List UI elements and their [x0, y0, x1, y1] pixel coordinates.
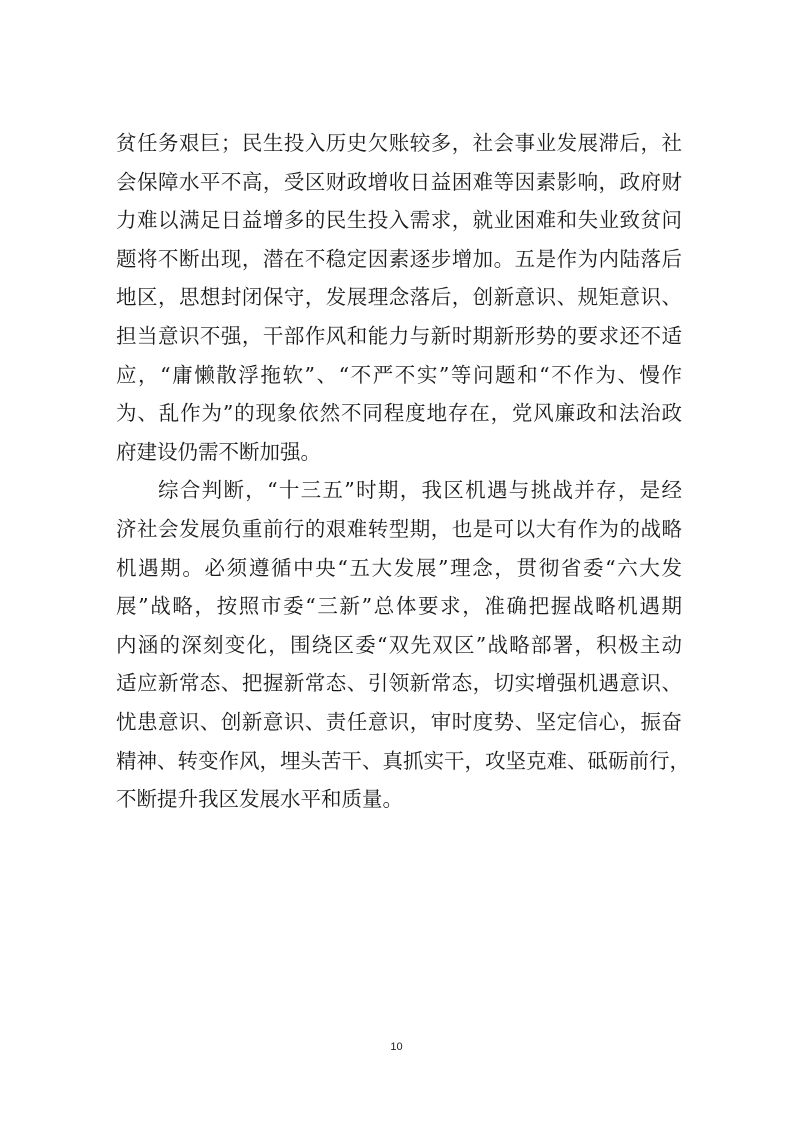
paragraph-1: 贫任务艰巨；民生投入历史欠账较多，社会事业发展滞后，社 会保障水平不高，受区财政… [116, 124, 682, 471]
text-line: 会保障水平不高，受区财政增收日益困难等因素影响，政府财 [116, 163, 682, 202]
body-text: 贫任务艰巨；民生投入历史欠账较多，社会事业发展滞后，社 会保障水平不高，受区财政… [116, 124, 682, 819]
page-number: 10 [0, 1041, 793, 1053]
text-line: 府建设仍需不断加强。 [116, 433, 682, 472]
text-line: 适应新常态、把握新常态、引领新常态，切实增强机遇意识、 [116, 664, 682, 703]
text-line: 忧患意识、创新意识、责任意识，审时度势、坚定信心，振奋 [116, 703, 682, 742]
text-line: 精神、转变作风，埋头苦干、真抓实干，攻坚克难、砥砺前行， [116, 742, 682, 781]
text-line: 综合判断，“十三五”时期，我区机遇与挑战并存，是经 [116, 471, 682, 510]
text-line: 济社会发展负重前行的艰难转型期，也是可以大有作为的战略 [116, 510, 682, 549]
text-line: 力难以满足日益增多的民生投入需求，就业困难和失业致贫问 [116, 201, 682, 240]
text-line: 地区，思想封闭保守，发展理念落后，创新意识、规矩意识、 [116, 278, 682, 317]
paragraph-2: 综合判断，“十三五”时期，我区机遇与挑战并存，是经 济社会发展负重前行的艰难转型… [116, 471, 682, 818]
document-page: 贫任务艰巨；民生投入历史欠账较多，社会事业发展滞后，社 会保障水平不高，受区财政… [0, 0, 793, 1122]
text-line: 应，“庸懒散浮拖软”、“不严不实”等问题和“不作为、慢作 [116, 356, 682, 395]
text-line: 担当意识不强，干部作风和能力与新时期新形势的要求还不适 [116, 317, 682, 356]
text-line: 为、乱作为”的现象依然不同程度地存在，党风廉政和法治政 [116, 394, 682, 433]
text-line: 机遇期。必须遵循中央“五大发展”理念，贯彻省委“六大发 [116, 549, 682, 588]
text-line: 展”战略，按照市委“三新”总体要求，准确把握战略机遇期 [116, 587, 682, 626]
text-line: 不断提升我区发展水平和质量。 [116, 780, 682, 819]
text-line: 题将不断出现，潜在不稳定因素逐步增加。五是作为内陆落后 [116, 240, 682, 279]
text-line: 贫任务艰巨；民生投入历史欠账较多，社会事业发展滞后，社 [116, 124, 682, 163]
text-line: 内涵的深刻变化，围绕区委“双先双区”战略部署，积极主动 [116, 626, 682, 665]
